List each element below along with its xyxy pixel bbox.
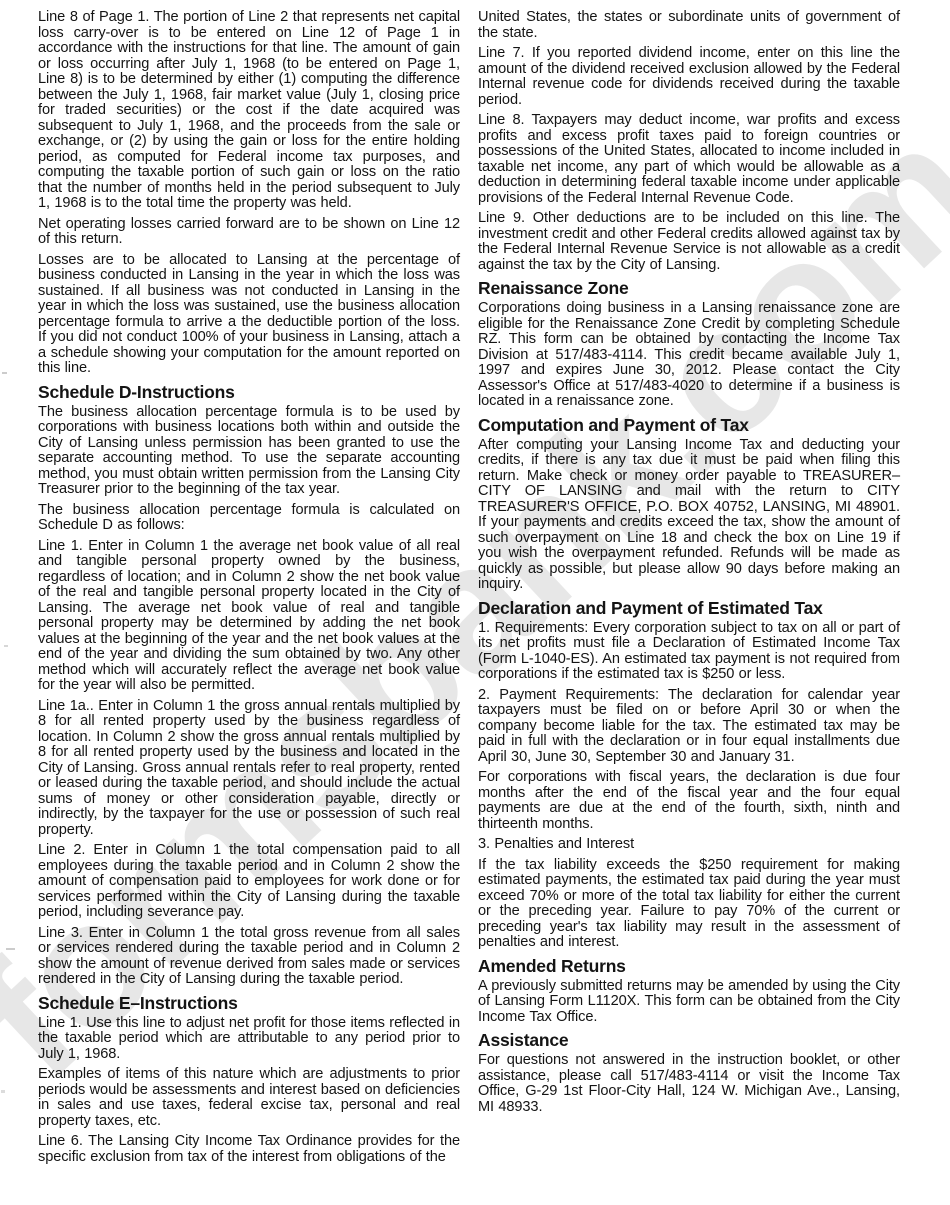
paragraph: Line 2. Enter in Column 1 the total comp… xyxy=(38,843,460,921)
section-heading: Schedule D-Instructions xyxy=(38,382,460,403)
paragraph: Line 7. If you reported dividend income,… xyxy=(478,46,900,108)
section-heading: Computation and Payment of Tax xyxy=(478,415,900,436)
section-heading: Schedule E–Instructions xyxy=(38,993,460,1014)
paragraph: Net operating losses carried forward are… xyxy=(38,217,460,248)
section-heading: Declaration and Payment of Estimated Tax xyxy=(478,598,900,619)
paragraph: 1. Requirements: Every corporation subje… xyxy=(478,621,900,683)
section-heading: Amended Returns xyxy=(478,956,900,977)
paragraph: For questions not answered in the instru… xyxy=(478,1053,900,1115)
paragraph: A previously submitted returns may be am… xyxy=(478,979,900,1026)
paragraph: The business allocation percentage formu… xyxy=(38,405,460,498)
paragraph: Line 8 of Page 1. The portion of Line 2 … xyxy=(38,10,460,212)
section-heading: Renaissance Zone xyxy=(478,278,900,299)
two-column-text-layout: Line 8 of Page 1. The portion of Line 2 … xyxy=(0,0,950,1170)
scan-speck xyxy=(2,372,7,374)
paragraph: United States, the states or subordinate… xyxy=(478,10,900,41)
column-left: Line 8 of Page 1. The portion of Line 2 … xyxy=(38,10,460,1170)
paragraph: Line 9. Other deductions are to be inclu… xyxy=(478,211,900,273)
paragraph: Line 1a.. Enter in Column 1 the gross an… xyxy=(38,699,460,839)
paragraph: Line 8. Taxpayers may deduct income, war… xyxy=(478,113,900,206)
paragraph: Examples of items of this nature which a… xyxy=(38,1067,460,1129)
paragraph: Losses are to be allocated to Lansing at… xyxy=(38,253,460,377)
paragraph: Line 6. The Lansing City Income Tax Ordi… xyxy=(38,1134,460,1165)
paragraph: 2. Payment Requirements: The declaration… xyxy=(478,688,900,766)
paragraph: 3. Penalties and Interest xyxy=(478,837,900,853)
paragraph: Line 1. Use this line to adjust net prof… xyxy=(38,1016,460,1063)
paragraph: After computing your Lansing Income Tax … xyxy=(478,438,900,593)
paragraph: The business allocation percentage formu… xyxy=(38,503,460,534)
section-heading: Assistance xyxy=(478,1030,900,1051)
scan-speck xyxy=(4,645,8,647)
paragraph: If the tax liability exceeds the $250 re… xyxy=(478,858,900,951)
scan-speck xyxy=(1,1090,5,1093)
document-page: formsbank.com Line 8 of Page 1. The port… xyxy=(0,0,950,1205)
paragraph: Line 3. Enter in Column 1 the total gros… xyxy=(38,926,460,988)
scan-speck xyxy=(6,948,15,950)
paragraph: Line 1. Enter in Column 1 the average ne… xyxy=(38,539,460,694)
column-right: United States, the states or subordinate… xyxy=(478,10,900,1170)
paragraph: For corporations with fiscal years, the … xyxy=(478,770,900,832)
paragraph: Corporations doing business in a Lansing… xyxy=(478,301,900,410)
